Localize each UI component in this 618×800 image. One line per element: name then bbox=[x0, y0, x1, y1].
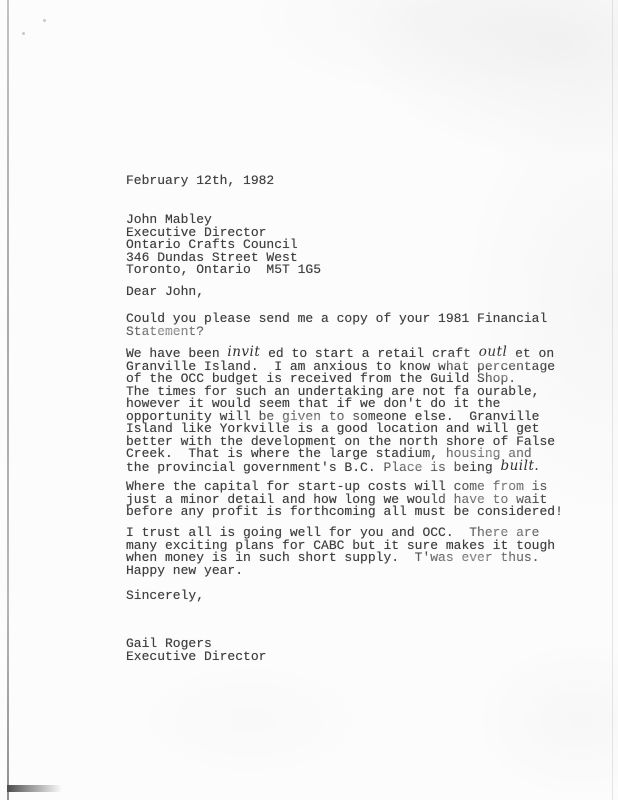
paragraph-granville-island: We have been invit ed to start a retail … bbox=[126, 347, 555, 474]
scan-edge-line-right bbox=[612, 0, 613, 800]
handwritten-correction: built. bbox=[500, 458, 539, 474]
scan-speck bbox=[22, 32, 25, 35]
scanned-letter-page: February 12th, 1982 John Mabley Executiv… bbox=[0, 0, 618, 800]
paragraph-capital-costs: Where the capital for start-up costs wil… bbox=[126, 481, 563, 519]
handwritten-correction: outl bbox=[479, 344, 508, 360]
typed-text: et on Granville Island. I am anxious to … bbox=[126, 346, 555, 475]
letter-date: February 12th, 1982 bbox=[126, 175, 274, 188]
salutation: Dear John, bbox=[126, 286, 204, 299]
scan-edge-line-left bbox=[7, 0, 9, 800]
scan-speck bbox=[43, 19, 46, 22]
signature-block: Gail Rogers Executive Director bbox=[126, 638, 266, 663]
paragraph-financial-statement: Could you please send me a copy of your … bbox=[126, 313, 547, 338]
closing-word: Sincerely, bbox=[126, 590, 204, 603]
recipient-address: John Mabley Executive Director Ontario C… bbox=[126, 214, 321, 277]
handwritten-correction: invit bbox=[227, 344, 260, 360]
paragraph-closing-remarks: I trust all is going well for you and OC… bbox=[126, 527, 555, 577]
signature-title: Executive Director bbox=[126, 649, 266, 664]
recipient-city-postal: Toronto, Ontario M5T 1G5 bbox=[126, 262, 321, 277]
scan-smudge bbox=[7, 785, 65, 792]
